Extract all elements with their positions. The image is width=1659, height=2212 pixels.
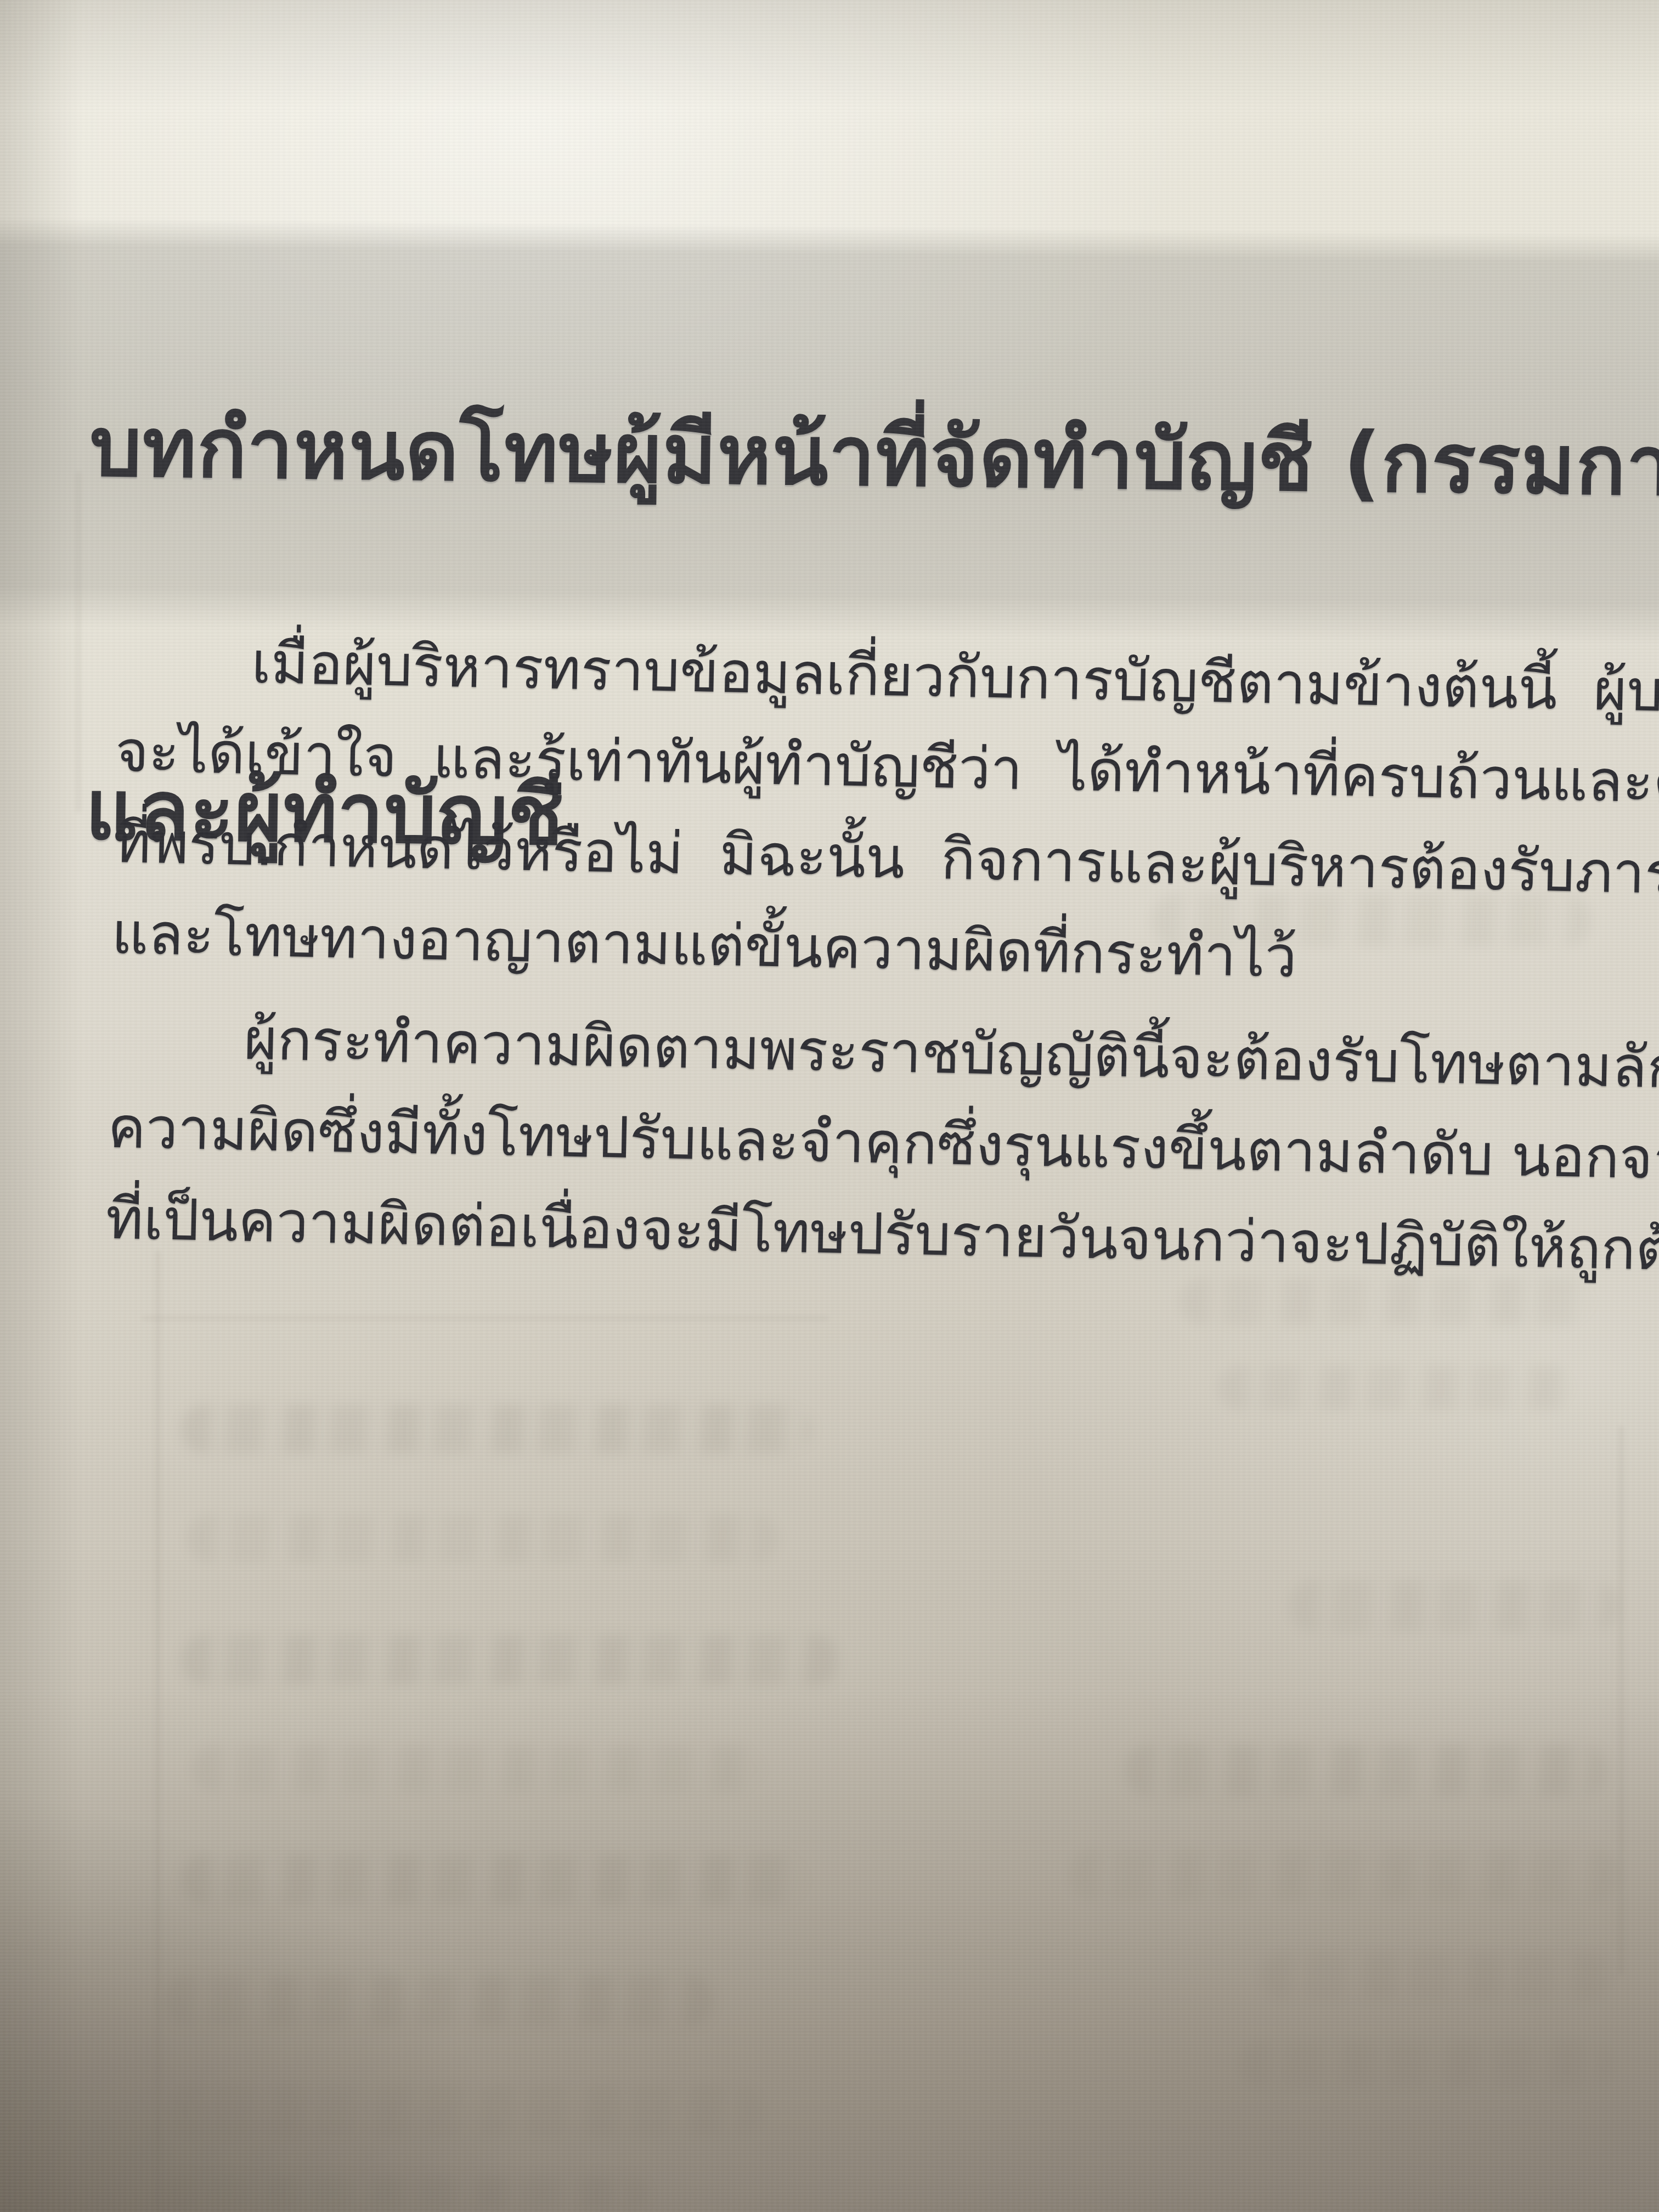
paper-texture (0, 0, 1659, 2212)
book-page-photo: บทกำหนดโทษผู้มีหน้าที่จัดทำบัญชี (กรรมกา… (0, 0, 1659, 2212)
